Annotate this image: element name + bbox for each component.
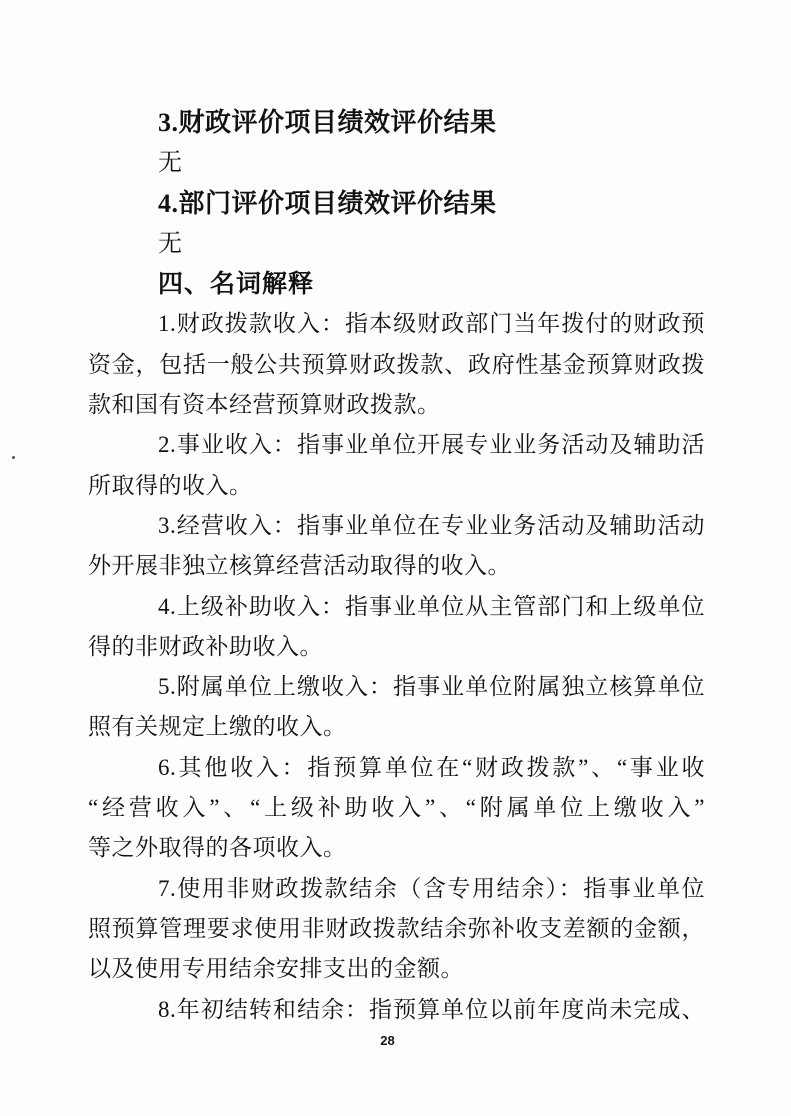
term-line: 7.使用非财政拨款结余（含专用结余）：指事业单位按 [88, 869, 705, 909]
term-line: 3.经营收入：指事业单位在专业业务活动及辅助活动之 [88, 506, 705, 546]
page-number: 28 [0, 1033, 775, 1048]
term-fiscal-appropriation-income: 1.财政拨款收入：指本级财政部门当年拨付的财政预算 资金，包括一般公共预算财政拨… [88, 304, 705, 425]
heading-glossary: 四、名词解释 [88, 264, 705, 304]
term-line: 款和国有资本经营预算财政拨款。 [88, 385, 705, 425]
term-other-income: 6.其他收入：指预算单位在“财政拨款”、“事业收入”、 “经营收入”、“上级补助… [88, 748, 705, 869]
term-public-institution-income: 2.事业收入：指事业单位开展专业业务活动及辅助活动 所取得的收入。 [88, 425, 705, 506]
term-line: 2.事业收入：指事业单位开展专业业务活动及辅助活动 [88, 425, 705, 465]
section-fiscal-evaluation: 3.财政评价项目绩效评价结果 无 [88, 103, 705, 184]
term-non-fiscal-balance-usage: 7.使用非财政拨款结余（含专用结余）：指事业单位按 照预算管理要求使用非财政拨款… [88, 869, 705, 990]
term-line: 资金，包括一般公共预算财政拨款、政府性基金预算财政拨 [88, 345, 705, 385]
term-line: 等之外取得的各项收入。 [88, 828, 705, 868]
term-line: 6.其他收入：指预算单位在“财政拨款”、“事业收入”、 [88, 748, 705, 788]
term-superior-subsidy-income: 4.上级补助收入：指事业单位从主管部门和上级单位取 得的非财政补助收入。 [88, 587, 705, 668]
section-department-evaluation: 4.部门评价项目绩效评价结果 无 [88, 184, 705, 265]
term-line: 4.上级补助收入：指事业单位从主管部门和上级单位取 [88, 587, 705, 627]
term-line: 所取得的收入。 [88, 466, 705, 506]
term-affiliated-unit-remittance-income: 5.附属单位上缴收入：指事业单位附属独立核算单位按 照有关规定上缴的收入。 [88, 667, 705, 748]
term-business-income: 3.经营收入：指事业单位在专业业务活动及辅助活动之 外开展非独立核算经营活动取得… [88, 506, 705, 587]
section-glossary: 四、名词解释 1.财政拨款收入：指本级财政部门当年拨付的财政预算 资金，包括一般… [88, 264, 705, 1030]
term-line: 照预算管理要求使用非财政拨款结余弥补收支差额的金额， [88, 909, 705, 949]
term-carryover-and-balance: 8.年初结转和结余：指预算单位以前年度尚未完成、结 [88, 990, 705, 1030]
term-line: 外开展非独立核算经营活动取得的收入。 [88, 546, 705, 586]
value-none-fiscal: 无 [88, 143, 705, 183]
term-line: 1.财政拨款收入：指本级财政部门当年拨付的财政预算 [88, 304, 705, 344]
heading-fiscal-evaluation-results: 3.财政评价项目绩效评价结果 [88, 103, 705, 143]
term-line: 以及使用专用结余安排支出的金额。 [88, 949, 705, 989]
term-line: 5.附属单位上缴收入：指事业单位附属独立核算单位按 [88, 667, 705, 707]
term-line: 得的非财政补助收入。 [88, 627, 705, 667]
heading-department-evaluation-results: 4.部门评价项目绩效评价结果 [88, 184, 705, 224]
document-page: 3.财政评价项目绩效评价结果 无 4.部门评价项目绩效评价结果 无 四、名词解释… [0, 0, 791, 1116]
document-body: 3.财政评价项目绩效评价结果 无 4.部门评价项目绩效评价结果 无 四、名词解释… [88, 103, 705, 1030]
value-none-department: 无 [88, 224, 705, 264]
scan-artifact-dot [12, 456, 15, 459]
term-line: “经营收入”、“上级补助收入”、“附属单位上缴收入” [88, 788, 705, 828]
term-line: 8.年初结转和结余：指预算单位以前年度尚未完成、结 [88, 990, 705, 1030]
term-line: 照有关规定上缴的收入。 [88, 707, 705, 747]
